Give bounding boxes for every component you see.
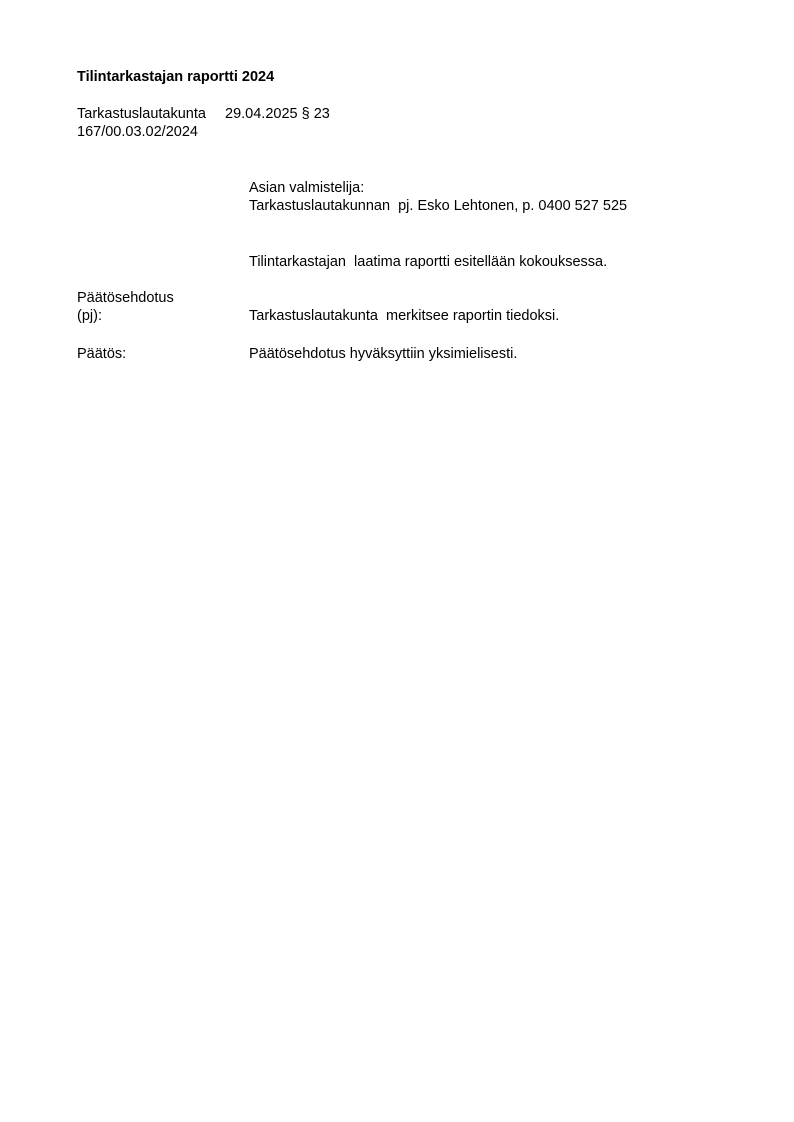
proposal-text: Tarkastuslautakunta merkitsee raportin t… [249, 308, 559, 325]
decision-text: Päätösehdotus hyväksyttiin yksimielisest… [249, 346, 517, 363]
meeting-date-section: 29.04.2025 § 23 [225, 106, 330, 123]
decision-label: Päätös: [77, 346, 126, 363]
preparer-label: Asian valmistelija: [249, 180, 364, 197]
proposal-label-line1: Päätösehdotus [77, 290, 174, 307]
meeting-body: Tarkastuslautakunta [77, 106, 206, 123]
description-text: Tilintarkastajan laatima raportti esitel… [249, 254, 607, 271]
proposal-label-line2: (pj): [77, 308, 102, 325]
preparer-value: Tarkastuslautakunnan pj. Esko Lehtonen, … [249, 198, 627, 215]
document-title: Tilintarkastajan raportti 2024 [77, 69, 274, 86]
record-number: 167/00.03.02/2024 [77, 124, 198, 141]
